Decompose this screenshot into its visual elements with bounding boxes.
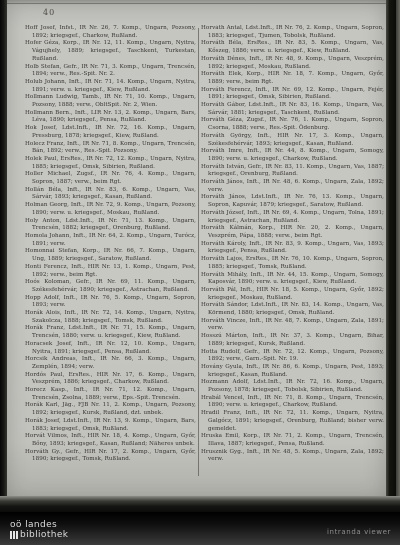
list-entry: Horváth János, Inft., IR Nr. 48, 6. Komp… — [201, 179, 384, 194]
list-entry: Horváth Kálmán, Korp., HIR Nr. 20, 2. Ko… — [201, 225, 384, 240]
list-entry: Honti Ferencz, Inft., HIR Nr. 13, 1. Kom… — [25, 264, 196, 279]
list-entry: Hopp Adolf, Inft., IR Nr. 76, 5. Komp., … — [25, 295, 196, 310]
list-entry: Hruska Emil, Korp., IR Nr. 71, 2. Komp.,… — [201, 433, 384, 448]
list-entry: Hotta Rudolf, Gefr., IR Nr. 72, 12. Komp… — [201, 349, 384, 364]
list-entry: Holler Michael, Zugsf., IR Nr. 76, 4. Ko… — [25, 171, 196, 186]
list-entry: Hollán Béla, Inft., IR Nr. 83, 6. Komp.,… — [25, 187, 196, 202]
list-entry: Horváth Gábor, Ldst.Inft., IR Nr. 83, 16… — [201, 102, 384, 117]
library-logo-line2: bibliothek — [10, 530, 68, 540]
list-entry: Horváth Sándor, Ldst.Inft., IR Nr. 83, 1… — [201, 302, 384, 317]
list-entry: Horváth György, Inft., HIR Nr. 17, 3. Ko… — [201, 133, 384, 148]
list-entry: Hollmann Bern., Inft., LIR Nr. 13, 2. Ko… — [25, 110, 196, 125]
list-entry: Horváth Vincze, Inft., IR Nr. 48, 7. Kom… — [201, 318, 384, 333]
library-logo-line1: oö landes — [10, 520, 68, 530]
list-entry: Horák Karl, Jäg., FJB Nr. 11, 2. Komp., … — [25, 402, 196, 417]
list-entry: Horák Alois, Inft., IR Nr. 72, 14. Komp.… — [25, 310, 196, 325]
list-entry: Holub Johann, Inft., IR Nr. 71, 14. Komp… — [25, 79, 196, 94]
list-entry: Horacsek Josef, Inft., IR Nr. 12, 10. Ko… — [25, 341, 196, 356]
viewer-name-label: intranda viewer — [327, 528, 391, 536]
list-entry: Holecz Franz, Inft., IR Nr. 71, 8. Komp.… — [25, 141, 196, 156]
list-entry: Hrabál Vencel, Inft., IR Nr. 71, 8. Komp… — [201, 395, 384, 410]
list-entry: Hosszú Márton, Inft., IR Nr. 37, 3. Komp… — [201, 333, 384, 348]
list-entry: Horváth Elek, Korp., HIR Nr. 18, 7. Komp… — [201, 71, 384, 86]
list-entry: Holman Georg, Inft., IR Nr. 72, 9. Komp.… — [25, 202, 196, 217]
library-logo[interactable]: oö landes bibliothek — [10, 520, 68, 540]
book-edge-right-sliver — [396, 0, 400, 513]
page-number: 40 — [43, 8, 55, 17]
list-entry: Hoós Koloman, Gefr., IR Nr. 69, 11. Komp… — [25, 279, 196, 294]
list-entry: Horecz Kasp., Inft., IR Nr. 71, 12. Komp… — [25, 387, 196, 402]
list-entry: Horváth Géza, Zugsf., IR Nr. 76, 1. Komp… — [201, 117, 384, 132]
left-column: Hoff Josef, Infst., IR Nr. 26, 7. Komp.,… — [25, 25, 196, 480]
library-logo-line2-text: bibliothek — [20, 530, 68, 540]
list-entry: Homonnai Stefan, Korp., IR Nr. 66, 7. Ko… — [25, 248, 196, 263]
list-entry: Holy Anton, Ldst.Inft., IR Nr. 71, 13. K… — [25, 218, 196, 233]
list-entry: Horváth Béla, ErsRes., IR Nr. 83, 5. Kom… — [201, 40, 384, 55]
list-entry: Horváth Antal, Ldst.Inft., IR Nr. 76, 2.… — [201, 25, 384, 40]
text-columns: Hoff Josef, Infst., IR Nr. 26, 7. Komp.,… — [25, 25, 385, 485]
list-entry: Horváth Lajos, ErsRes., IR Nr. 76, 10. K… — [201, 256, 384, 271]
viewer-footer-bar: oö landes bibliothek intranda viewer — [0, 512, 400, 545]
list-entry: Hoff Josef, Infst., IR Nr. 26, 7. Komp.,… — [25, 25, 196, 40]
list-entry: Horváth Mihály, Inft., IR Nr. 44, 15. Ko… — [201, 272, 384, 287]
list-entry: Horváth József, Inft., IR Nr. 69, 4. Kom… — [201, 210, 384, 225]
list-entry: Horváth Ferencz, Inft., IR Nr. 69, 12. K… — [201, 87, 384, 102]
list-entry: Hozmann Adolf, Ldst.Inft., IR Nr. 72, 16… — [201, 379, 384, 394]
list-entry: Hok Josef, Ldst.Inft., IR Nr. 72, 16. Ko… — [25, 125, 196, 140]
list-entry: Hollmann Ludwig, Tamb., IR Nr. 71, 10. K… — [25, 94, 196, 109]
list-entry: Horák Franz, Ldst.Inft., IR Nr. 71, 15. … — [25, 325, 196, 340]
list-entry: Horváth Imre, Inft., IR Nr. 44, 8. Komp.… — [201, 148, 384, 163]
list-entry: Horák Josef, Ldst.Inft., IR Nr. 13, 9. K… — [25, 418, 196, 433]
list-entry: Hordós Paul, ErsRes., HIR Nr. 17, 6. Kom… — [25, 372, 196, 387]
list-entry: Horváth Dénes, Inft., IR Nr. 48, 9. Komp… — [201, 56, 384, 71]
book-edge-bottom — [0, 496, 400, 513]
list-entry: Holb Stefan, Gefr., IR Nr. 71, 3. Komp.,… — [25, 64, 196, 79]
scan-background: 40 Hoff Josef, Infst., IR Nr. 26, 7. Kom… — [0, 0, 400, 513]
list-entry: Hrusznik Gyg., Inft., IR Nr. 48, 5. Komp… — [201, 449, 384, 464]
list-entry: Horváth Pál, Inft., HIR Nr. 18, 5. Komp.… — [201, 287, 384, 302]
list-entry: Horváth István, Gefr., IR Nr. 83, 11. Ko… — [201, 164, 384, 179]
book-edge-left — [0, 0, 7, 513]
list-entry: Homola Johann, Inft., IR Nr. 64, 2. Komp… — [25, 233, 196, 248]
column-divider-rule — [198, 28, 199, 476]
list-entry: Horcsik Andreas, Inft., IR Nr. 66, 3. Ko… — [25, 356, 196, 371]
list-entry: Horváth Károly, Inft., IR Nr. 83, 9. Kom… — [201, 241, 384, 256]
list-entry: Horváth János, Ldst.Inft., IR Nr. 76, 13… — [201, 194, 384, 209]
list-entry: Hofer Géza, Korp., IR Nr. 12, 11. Komp.,… — [25, 40, 196, 63]
list-entry: Horvát Vilmos, Inft., HIR Nr. 18, 4. Kom… — [25, 433, 196, 448]
list-entry: Holek Paul, ErsRes., IR Nr. 72, 12. Komp… — [25, 156, 196, 171]
book-edge-right — [386, 0, 396, 513]
right-column: Horváth Antal, Ldst.Inft., IR Nr. 76, 2.… — [201, 25, 384, 480]
list-entry: Horváth Gy., Gefr., HIR Nr. 17, 2. Komp.… — [25, 449, 196, 464]
document-viewer: 40 Hoff Josef, Infst., IR Nr. 26, 7. Kom… — [0, 0, 400, 545]
list-entry: Hradil Franz, Inft., IR Nr. 72, 11. Komp… — [201, 410, 384, 433]
logo-bars-icon — [10, 531, 18, 539]
list-entry: Hovány Gyula, Inft., IR Nr. 86, 6. Komp.… — [201, 364, 384, 379]
